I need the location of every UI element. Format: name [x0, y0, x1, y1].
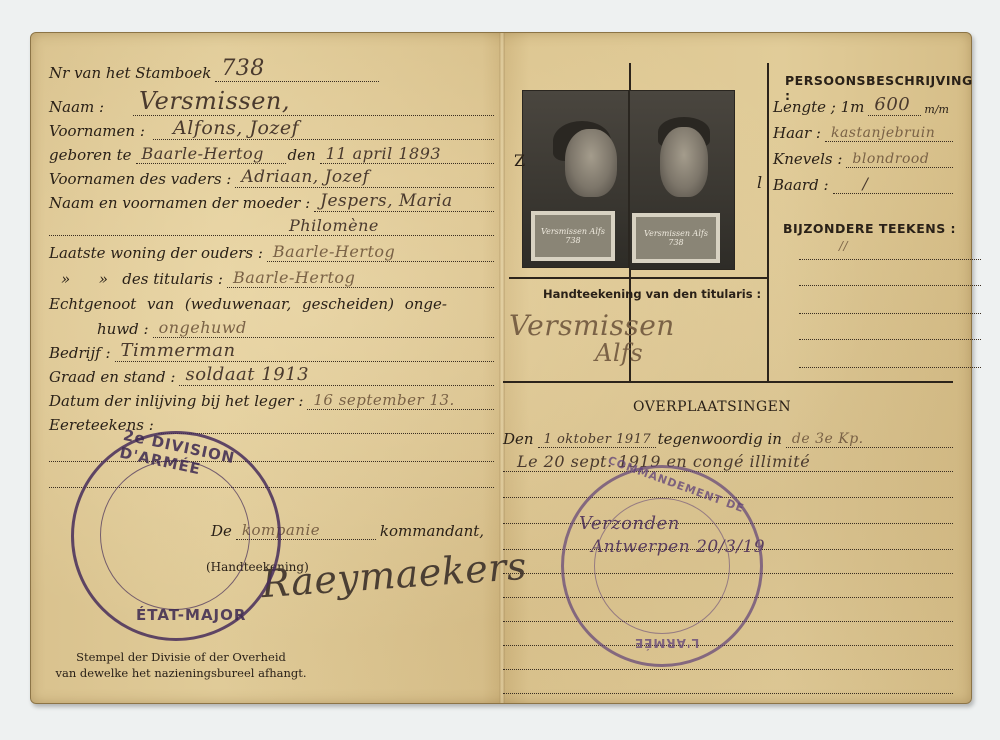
field-vader: Voornamen des vaders : Adriaan, Jozef [49, 169, 494, 188]
holder-signature-line2: Alfs [595, 339, 643, 367]
blank-line [503, 693, 953, 694]
field-value: Baarle-Hertog [273, 242, 395, 261]
field-label: Haar : [773, 124, 825, 142]
field-bedrijf: Bedrijf : Timmerman [49, 343, 494, 362]
photo-profile: Versmissen Alfs 738 [522, 90, 629, 268]
field-value: ongehuwd [159, 318, 247, 337]
field-label: Laatste woning der ouders : [49, 244, 267, 262]
marks-title: BIJZONDERE TEEKENS : [783, 221, 956, 236]
field-label: Voornamen des vaders : [49, 170, 235, 188]
field-ongehuwd: huwd : ongehuwd [97, 319, 494, 338]
field-label: Datum der inlijving bij het leger : [49, 392, 307, 410]
transfer-date: 1 oktober 1917 [544, 432, 652, 447]
field-value: / [863, 174, 869, 193]
blank-line [799, 313, 981, 314]
field-inlijving: Datum der inlijving bij het leger : 16 s… [49, 391, 494, 410]
field-lengte: Lengte ; 1m 600 m/m [773, 97, 953, 116]
field-label: » » des titularis : [61, 270, 227, 288]
field-haar: Haar : kastanjebruin [773, 123, 953, 142]
blank-line [799, 367, 981, 368]
field-value: 11 april 1893 [326, 144, 441, 163]
field-value: Philomène [289, 216, 379, 235]
stamp-bottom-text: ÉTAT-MAJOR [136, 606, 246, 624]
field-geboren: geboren te Baarle-Hertog den 11 april 18… [49, 145, 494, 164]
field-echtgenoot: Echtgenoot van (weduwenaar, gescheiden) … [49, 295, 494, 313]
field-stamboek: Nr van het Stamboek 738 [49, 63, 379, 82]
page-fold [499, 33, 505, 703]
divider [767, 63, 769, 383]
field-value: Jespers, Maria [320, 191, 452, 211]
commander-suffix: kommandant, [376, 522, 488, 540]
transfer-prefix: Den [503, 430, 538, 448]
field-voornamen: Voornamen : Alfons, Jozef [49, 121, 494, 140]
blank-line [799, 339, 981, 340]
divider [509, 277, 767, 279]
stamp-bottom-text: L'ARMÉE [634, 636, 699, 650]
field-value: 16 september 13. [313, 391, 454, 409]
field-label: Naam : [49, 98, 133, 116]
field-woning-ouders: Laatste woning der ouders : Baarle-Herto… [49, 243, 494, 262]
field-label: den [286, 146, 320, 164]
field-label: Nr van het Stamboek [49, 64, 215, 82]
field-label: Knevels : [773, 150, 846, 168]
field-moeder-cont: Philomène [49, 217, 494, 236]
stray-letter: Z [514, 151, 525, 170]
field-label: huwd : [97, 320, 153, 338]
blank-line [503, 669, 953, 670]
identity-card: Nr van het Stamboek 738 Naam : Versmisse… [30, 32, 972, 704]
division-stamp: 2e DIVISION D'ARMÉE ÉTAT-MAJOR [71, 431, 281, 641]
holder-signature: Versmissen [509, 309, 675, 342]
field-label: Voornamen : [49, 122, 153, 140]
field-eereteekens: Eereteekens : [49, 415, 494, 434]
field-unit: m/m [921, 103, 953, 116]
field-knevels: Knevels : blondrood [773, 149, 953, 168]
field-label: Lengte ; 1m [773, 98, 868, 116]
field-label: Echtgenoot van (weduwenaar, gescheiden) … [49, 295, 451, 313]
field-value: blondrood [852, 151, 929, 167]
field-value: Timmerman [121, 340, 236, 361]
footer-note: Stempel der Divisie of der Overheid van … [31, 649, 331, 681]
blank-line [503, 645, 953, 646]
marks-value: // [839, 239, 848, 253]
field-label: geboren te [49, 146, 136, 164]
field-baard: Baard : / [773, 175, 953, 194]
field-naam: Naam : Versmissen, [49, 97, 494, 116]
command-stamp: COMMANDEMENT DE L'ARMÉE [561, 465, 763, 667]
field-graad: Graad en stand : soldaat 1913 [49, 367, 494, 386]
commander-signature: Raeymaekers [260, 544, 528, 606]
field-value: Baarle-Hertog [142, 144, 264, 163]
field-label: Naam en voornamen der moeder : [49, 194, 314, 212]
field-value: Versmissen, [139, 87, 290, 115]
field-label: Baard : [773, 176, 833, 194]
field-value: Adriaan, Jozef [241, 167, 369, 187]
transfers-title: OVERPLAATSINGEN [633, 399, 791, 415]
field-woning-titularis: » » des titularis : Baarle-Hertog [61, 269, 494, 288]
photo-front: Versmissen Alfs 738 [629, 90, 735, 270]
transfer-line-2: Le 20 sept. 1919 en congé illimité [503, 453, 953, 472]
field-label: Graad en stand : [49, 368, 179, 386]
field-label: Bedrijf : [49, 344, 115, 362]
field-moeder: Naam en voornamen der moeder : Jespers, … [49, 193, 494, 212]
field-value: 738 [221, 56, 265, 81]
field-value: kastanjebruin [831, 125, 935, 141]
divider [503, 381, 953, 383]
footer-line-2: van dewelke het nazieningsbureel afhangt… [31, 665, 331, 681]
name-slate: Versmissen Alfs 738 [531, 211, 615, 261]
field-value: Baarle-Hertog [233, 268, 355, 287]
transfer-middle: tegenwoordig in [656, 430, 786, 448]
blank-line [799, 285, 981, 286]
footer-line-1: Stempel der Divisie of der Overheid [31, 649, 331, 665]
transfer-line-1: Den 1 oktober 1917 tegenwoordig in de 3e… [503, 429, 953, 448]
field-value: Alfons, Jozef [173, 117, 299, 139]
stray-letter: l [757, 173, 762, 192]
transfer-value: de 3e Kp. [792, 431, 864, 447]
field-value: soldaat 1913 [185, 364, 309, 385]
signature-label: Handteekening van den titularis : [543, 287, 761, 301]
name-slate: Versmissen Alfs 738 [632, 213, 720, 263]
blank-line [799, 259, 981, 260]
field-value: 600 [874, 94, 910, 115]
